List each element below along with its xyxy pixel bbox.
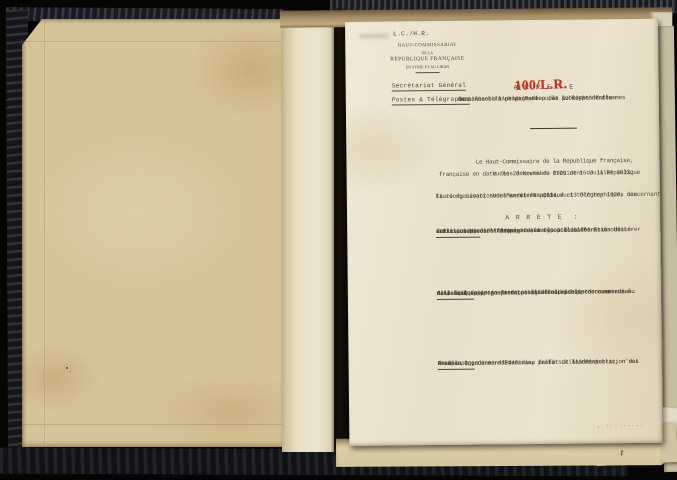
arrete-document-page: L.C./H.R. HAUT-COMMISSARIAT DE LA RÉPUBL… bbox=[345, 19, 662, 446]
letterhead-rule bbox=[416, 72, 440, 73]
letterhead: HAUT-COMMISSARIAT DE LA RÉPUBLIQUE FRANÇ… bbox=[361, 42, 493, 73]
reference-code: L.C./H.R. bbox=[393, 30, 429, 37]
red-number-stamp: 100/L.R. bbox=[514, 76, 567, 94]
letterhead-org: HAUT-COMMISSARIAT bbox=[361, 42, 493, 48]
divider-rule bbox=[530, 128, 577, 130]
pencil-smudge bbox=[359, 34, 389, 39]
paper-speck bbox=[66, 367, 68, 369]
letterhead-republique: RÉPUBLIQUE FRANÇAISE bbox=[361, 55, 493, 62]
endpaper-crease bbox=[22, 41, 284, 43]
letterhead-region: EN SYRIE ET AU LIBAN bbox=[361, 63, 493, 69]
pencil-corner-mark: ‡ bbox=[619, 449, 624, 457]
letterhead-dela: DE LA bbox=[361, 49, 493, 55]
endpaper-crease bbox=[22, 423, 284, 425]
pencil-dots: , ········· bbox=[597, 423, 644, 429]
flyleaf-page bbox=[282, 16, 334, 452]
archive-book-photo: ‡ L.C./H.R. HAUT-COMMISSARIAT DE LA RÉPU… bbox=[0, 0, 677, 480]
service-secretariat: Secrétariat Général bbox=[392, 82, 466, 91]
inside-cover-endpaper bbox=[22, 19, 284, 447]
arrete-heading: A R R E T E : bbox=[436, 213, 648, 222]
endpaper-crease bbox=[44, 19, 46, 447]
